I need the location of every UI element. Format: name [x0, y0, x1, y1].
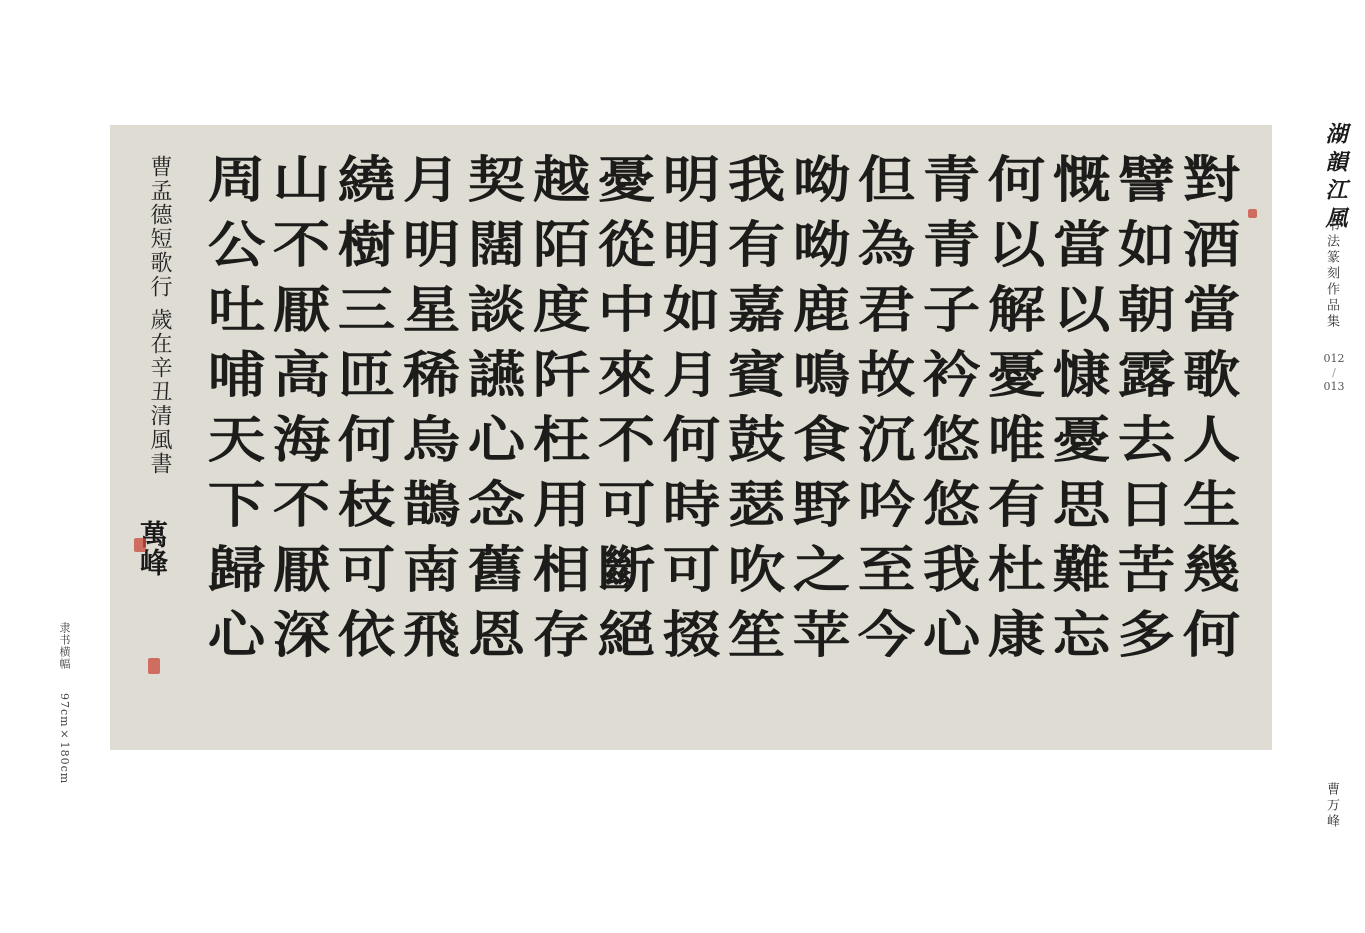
page-current: 012: [1324, 352, 1345, 365]
poem-character: 稀: [394, 342, 469, 407]
poem-character: 念: [459, 472, 534, 537]
poem-character: 來: [589, 342, 664, 407]
poem-character: 康: [979, 602, 1054, 667]
poem-character: 鳴: [784, 342, 859, 407]
poem-character: 憂: [979, 342, 1054, 407]
poem-character: 呦: [784, 147, 859, 212]
poem-character: 苦: [1109, 537, 1184, 602]
poem-columns: 對酒當歌人生幾何譬如朝露去日苦多慨當以慷憂思難忘何以解憂唯有杜康青青子衿悠悠我心…: [204, 147, 1244, 667]
poem-character: 高: [264, 342, 339, 407]
seal-stamp-signature: [148, 658, 160, 674]
poem-character: 斷: [589, 537, 664, 602]
poem-character: 歸: [199, 537, 274, 602]
poem-character: 歌: [1174, 342, 1249, 407]
page-next: 013: [1324, 380, 1345, 393]
poem-character: 從: [589, 212, 664, 277]
poem-character: 山: [264, 147, 339, 212]
poem-character: 思: [1044, 472, 1119, 537]
poem-character: 但: [849, 147, 924, 212]
poem-character: 依: [329, 602, 404, 667]
poem-character: 用: [524, 472, 599, 537]
poem-character: 故: [849, 342, 924, 407]
poem-character: 星: [394, 277, 469, 342]
poem-character: 周: [199, 147, 274, 212]
poem-character: 絕: [589, 602, 664, 667]
poem-character: 日: [1109, 472, 1184, 537]
poem-column: 繞樹三匝何枝可依: [334, 147, 399, 667]
poem-character: 契: [459, 147, 534, 212]
poem-character: 鼓: [719, 407, 794, 472]
poem-character: 悠: [914, 407, 989, 472]
poem-character: 憂: [1044, 407, 1119, 472]
seal-stamp-top: [1248, 209, 1257, 218]
poem-character: 解: [979, 277, 1054, 342]
poem-character: 不: [264, 212, 339, 277]
poem-character: 明: [394, 212, 469, 277]
poem-column: 月明星稀烏鵲南飛: [399, 147, 464, 667]
poem-character: 枉: [524, 407, 599, 472]
poem-column: 越陌度阡枉用相存: [529, 147, 594, 667]
poem-character: 時: [654, 472, 729, 537]
poem-column: 呦呦鹿鳴食野之苹: [789, 147, 854, 667]
poem-character: 我: [914, 537, 989, 602]
poem-character: 唯: [979, 407, 1054, 472]
poem-character: 何: [979, 147, 1054, 212]
poem-character: 鵲: [394, 472, 469, 537]
poem-character: 度: [524, 277, 599, 342]
poem-character: 何: [1174, 602, 1249, 667]
poem-character: 為: [849, 212, 924, 277]
poem-character: 幾: [1174, 537, 1249, 602]
poem-character: 海: [264, 407, 339, 472]
inscription: 曹孟德短歌行 歲在辛丑清風書: [146, 155, 172, 476]
poem-character: 烏: [394, 407, 469, 472]
poem-character: 可: [654, 537, 729, 602]
poem-character: 枝: [329, 472, 404, 537]
poem-character: 露: [1109, 342, 1184, 407]
poem-character: 厭: [264, 537, 339, 602]
poem-character: 至: [849, 537, 924, 602]
poem-character: 繞: [329, 147, 404, 212]
poem-character: 陌: [524, 212, 599, 277]
poem-character: 慨: [1044, 147, 1119, 212]
poem-column: 明明如月何時可掇: [659, 147, 724, 667]
poem-character: 笙: [719, 602, 794, 667]
poem-character: 存: [524, 602, 599, 667]
poem-character: 有: [719, 212, 794, 277]
poem-character: 吹: [719, 537, 794, 602]
poem-character: 深: [264, 602, 339, 667]
poem-character: 厭: [264, 277, 339, 342]
poem-character: 忘: [1044, 602, 1119, 667]
artwork-form: 隶书横幅: [56, 622, 72, 670]
poem-column: 契闊談讌心念舊恩: [464, 147, 529, 667]
poem-character: 越: [524, 147, 599, 212]
poem-character: 瑟: [719, 472, 794, 537]
poem-character: 阡: [524, 342, 599, 407]
poem-character: 以: [1044, 277, 1119, 342]
page-numbers: 012 / 013: [1314, 352, 1354, 394]
poem-character: 不: [589, 407, 664, 472]
poem-character: 飛: [394, 602, 469, 667]
poem-character: 對: [1174, 147, 1249, 212]
poem-character: 三: [329, 277, 404, 342]
poem-character: 相: [524, 537, 599, 602]
poem-character: 何: [654, 407, 729, 472]
poem-character: 賓: [719, 342, 794, 407]
poem-character: 天: [199, 407, 274, 472]
poem-character: 談: [459, 277, 534, 342]
poem-character: 可: [589, 472, 664, 537]
poem-character: 心: [914, 602, 989, 667]
poem-character: 樹: [329, 212, 404, 277]
poem-character: 闊: [459, 212, 534, 277]
poem-column: 對酒當歌人生幾何: [1179, 147, 1244, 667]
poem-column: 我有嘉賓鼓瑟吹笙: [724, 147, 789, 667]
poem-character: 以: [979, 212, 1054, 277]
poem-character: 公: [199, 212, 274, 277]
poem-character: 子: [914, 277, 989, 342]
poem-character: 憂: [589, 147, 664, 212]
poem-character: 恩: [459, 602, 534, 667]
book-subtitle: 书法篆刻作品集: [1322, 218, 1341, 330]
poem-character: 慷: [1044, 342, 1119, 407]
poem-character: 人: [1174, 407, 1249, 472]
poem-character: 青: [914, 212, 989, 277]
calligraphy-artwork: 對酒當歌人生幾何譬如朝露去日苦多慨當以慷憂思難忘何以解憂唯有杜康青青子衿悠悠我心…: [110, 125, 1272, 750]
poem-character: 呦: [784, 212, 859, 277]
poem-character: 去: [1109, 407, 1184, 472]
poem-column: 慨當以慷憂思難忘: [1049, 147, 1114, 667]
poem-character: 多: [1109, 602, 1184, 667]
poem-character: 君: [849, 277, 924, 342]
author-name: 曹万峰: [1322, 782, 1341, 830]
poem-character: 沉: [849, 407, 924, 472]
page-separator: /: [1314, 366, 1354, 380]
artwork-caption: 隶书横幅 97cm×180cm: [56, 622, 72, 784]
poem-character: 明: [654, 212, 729, 277]
poem-character: 鹿: [784, 277, 859, 342]
poem-character: 不: [264, 472, 339, 537]
poem-character: 朝: [1109, 277, 1184, 342]
poem-character: 如: [654, 277, 729, 342]
poem-character: 食: [784, 407, 859, 472]
poem-column: 青青子衿悠悠我心: [919, 147, 984, 667]
poem-character: 今: [849, 602, 924, 667]
poem-character: 衿: [914, 342, 989, 407]
poem-character: 讌: [459, 342, 534, 407]
poem-character: 掇: [654, 602, 729, 667]
poem-column: 譬如朝露去日苦多: [1114, 147, 1179, 667]
poem-character: 中: [589, 277, 664, 342]
poem-character: 悠: [914, 472, 989, 537]
poem-character: 苹: [784, 602, 859, 667]
poem-character: 何: [329, 407, 404, 472]
poem-character: 舊: [459, 537, 534, 602]
poem-column: 何以解憂唯有杜康: [984, 147, 1049, 667]
poem-character: 嘉: [719, 277, 794, 342]
poem-character: 匝: [329, 342, 404, 407]
poem-character: 明: [654, 147, 729, 212]
poem-column: 山不厭高海不厭深: [269, 147, 334, 667]
poem-character: 如: [1109, 212, 1184, 277]
poem-character: 心: [199, 602, 274, 667]
poem-character: 杜: [979, 537, 1054, 602]
poem-character: 酒: [1174, 212, 1249, 277]
poem-character: 難: [1044, 537, 1119, 602]
poem-column: 周公吐哺天下歸心: [204, 147, 269, 667]
poem-character: 南: [394, 537, 469, 602]
poem-column: 但為君故沉吟至今: [854, 147, 919, 667]
poem-character: 吐: [199, 277, 274, 342]
poem-character: 生: [1174, 472, 1249, 537]
poem-character: 月: [394, 147, 469, 212]
poem-character: 心: [459, 407, 534, 472]
poem-character: 下: [199, 472, 274, 537]
poem-character: 吟: [849, 472, 924, 537]
poem-character: 譬: [1109, 147, 1184, 212]
poem-character: 之: [784, 537, 859, 602]
poem-character: 有: [979, 472, 1054, 537]
poem-character: 當: [1174, 277, 1249, 342]
poem-column: 憂從中來不可斷絕: [594, 147, 659, 667]
poem-character: 野: [784, 472, 859, 537]
poem-character: 月: [654, 342, 729, 407]
poem-character: 我: [719, 147, 794, 212]
poem-character: 可: [329, 537, 404, 602]
poem-character: 哺: [199, 342, 274, 407]
poem-character: 當: [1044, 212, 1119, 277]
artwork-size: 97cm×180cm: [58, 693, 71, 784]
seal-stamp-inscription: [134, 538, 146, 552]
poem-character: 青: [914, 147, 989, 212]
